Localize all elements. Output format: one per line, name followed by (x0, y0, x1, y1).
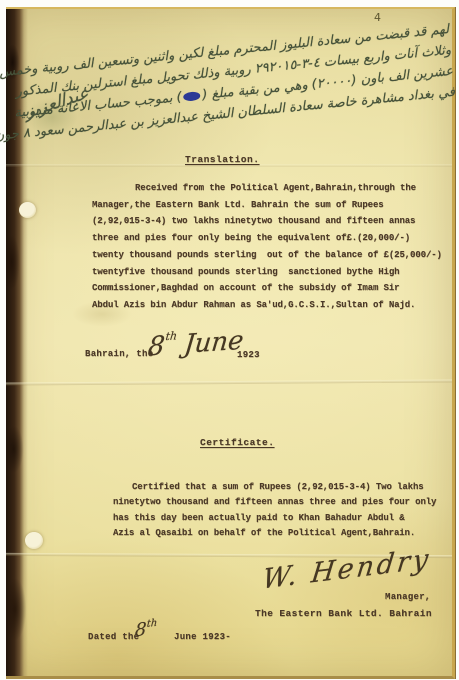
translation-line: (2,92,015-3-4) two lakhs ninetytwo thous… (92, 213, 452, 230)
translation-line: Received from the Political Agent,Bahrai… (92, 180, 452, 197)
translation-line: Manager,the Eastern Bank Ltd. Bahrain th… (92, 197, 452, 214)
dateline-prefix: Bahrain, the (85, 349, 153, 359)
translation-line: Commissioner,Baghdad on account of the s… (92, 280, 452, 297)
blue-ink-blot (183, 91, 201, 102)
manager-signature: W. Hendry (261, 543, 433, 595)
translation-line: twentyfive thousand pounds sterling sanc… (92, 264, 452, 281)
translation-paragraph: Received from the Political Agent,Bahrai… (92, 180, 452, 314)
dated-prefix: Dated the (88, 632, 139, 642)
handwritten-day: 8 (146, 331, 166, 362)
signatory-organization: The Eastern Bank Ltd. Bahrain (255, 608, 432, 619)
handwritten-month: June (174, 326, 245, 361)
handwritten-day: 8th (134, 618, 157, 642)
scanned-document: 4 لهم قد قبضت من سعادة البليوز المحترم م… (0, 0, 459, 680)
translation-line: twenty thousand pounds sterling out of t… (92, 247, 452, 264)
certificate-paragraph: Certified that a sum of Rupees (2,92,015… (113, 480, 458, 542)
certificate-line: Certified that a sum of Rupees (2,92,015… (113, 480, 458, 495)
certificate-line: ninetytwo thousand and fifteen annas thr… (113, 495, 458, 510)
dated-suffix: June 1923- (174, 632, 231, 642)
certificate-heading: Certificate. (200, 437, 274, 448)
document-page: 4 لهم قد قبضت من سعادة البليوز المحترم م… (6, 7, 455, 679)
arabic-handwritten-note: لهم قد قبضت من سعادة البليوز المحترم مبل… (20, 19, 456, 144)
signatory-title: Manager, (385, 592, 431, 602)
punch-hole (19, 202, 36, 218)
handwritten-date: 8th June (146, 325, 245, 363)
translation-heading: Translation. (185, 154, 259, 165)
certificate-line: has this day been actually paid to Khan … (113, 511, 458, 526)
page-corner-mark: 4 (374, 11, 381, 24)
punch-hole (25, 532, 43, 549)
handwritten-day-suffix: th (146, 618, 157, 630)
dateline-year: 1923 (237, 350, 260, 360)
paper-crease (6, 379, 452, 385)
translation-line: three and pies four only being the equiv… (92, 230, 452, 247)
translation-line: Abdul Azis bin Abdur Rahman as Sa'ud,G.C… (92, 297, 452, 314)
certificate-line: Azis al Qasaibi on behalf of the Politic… (113, 526, 458, 541)
